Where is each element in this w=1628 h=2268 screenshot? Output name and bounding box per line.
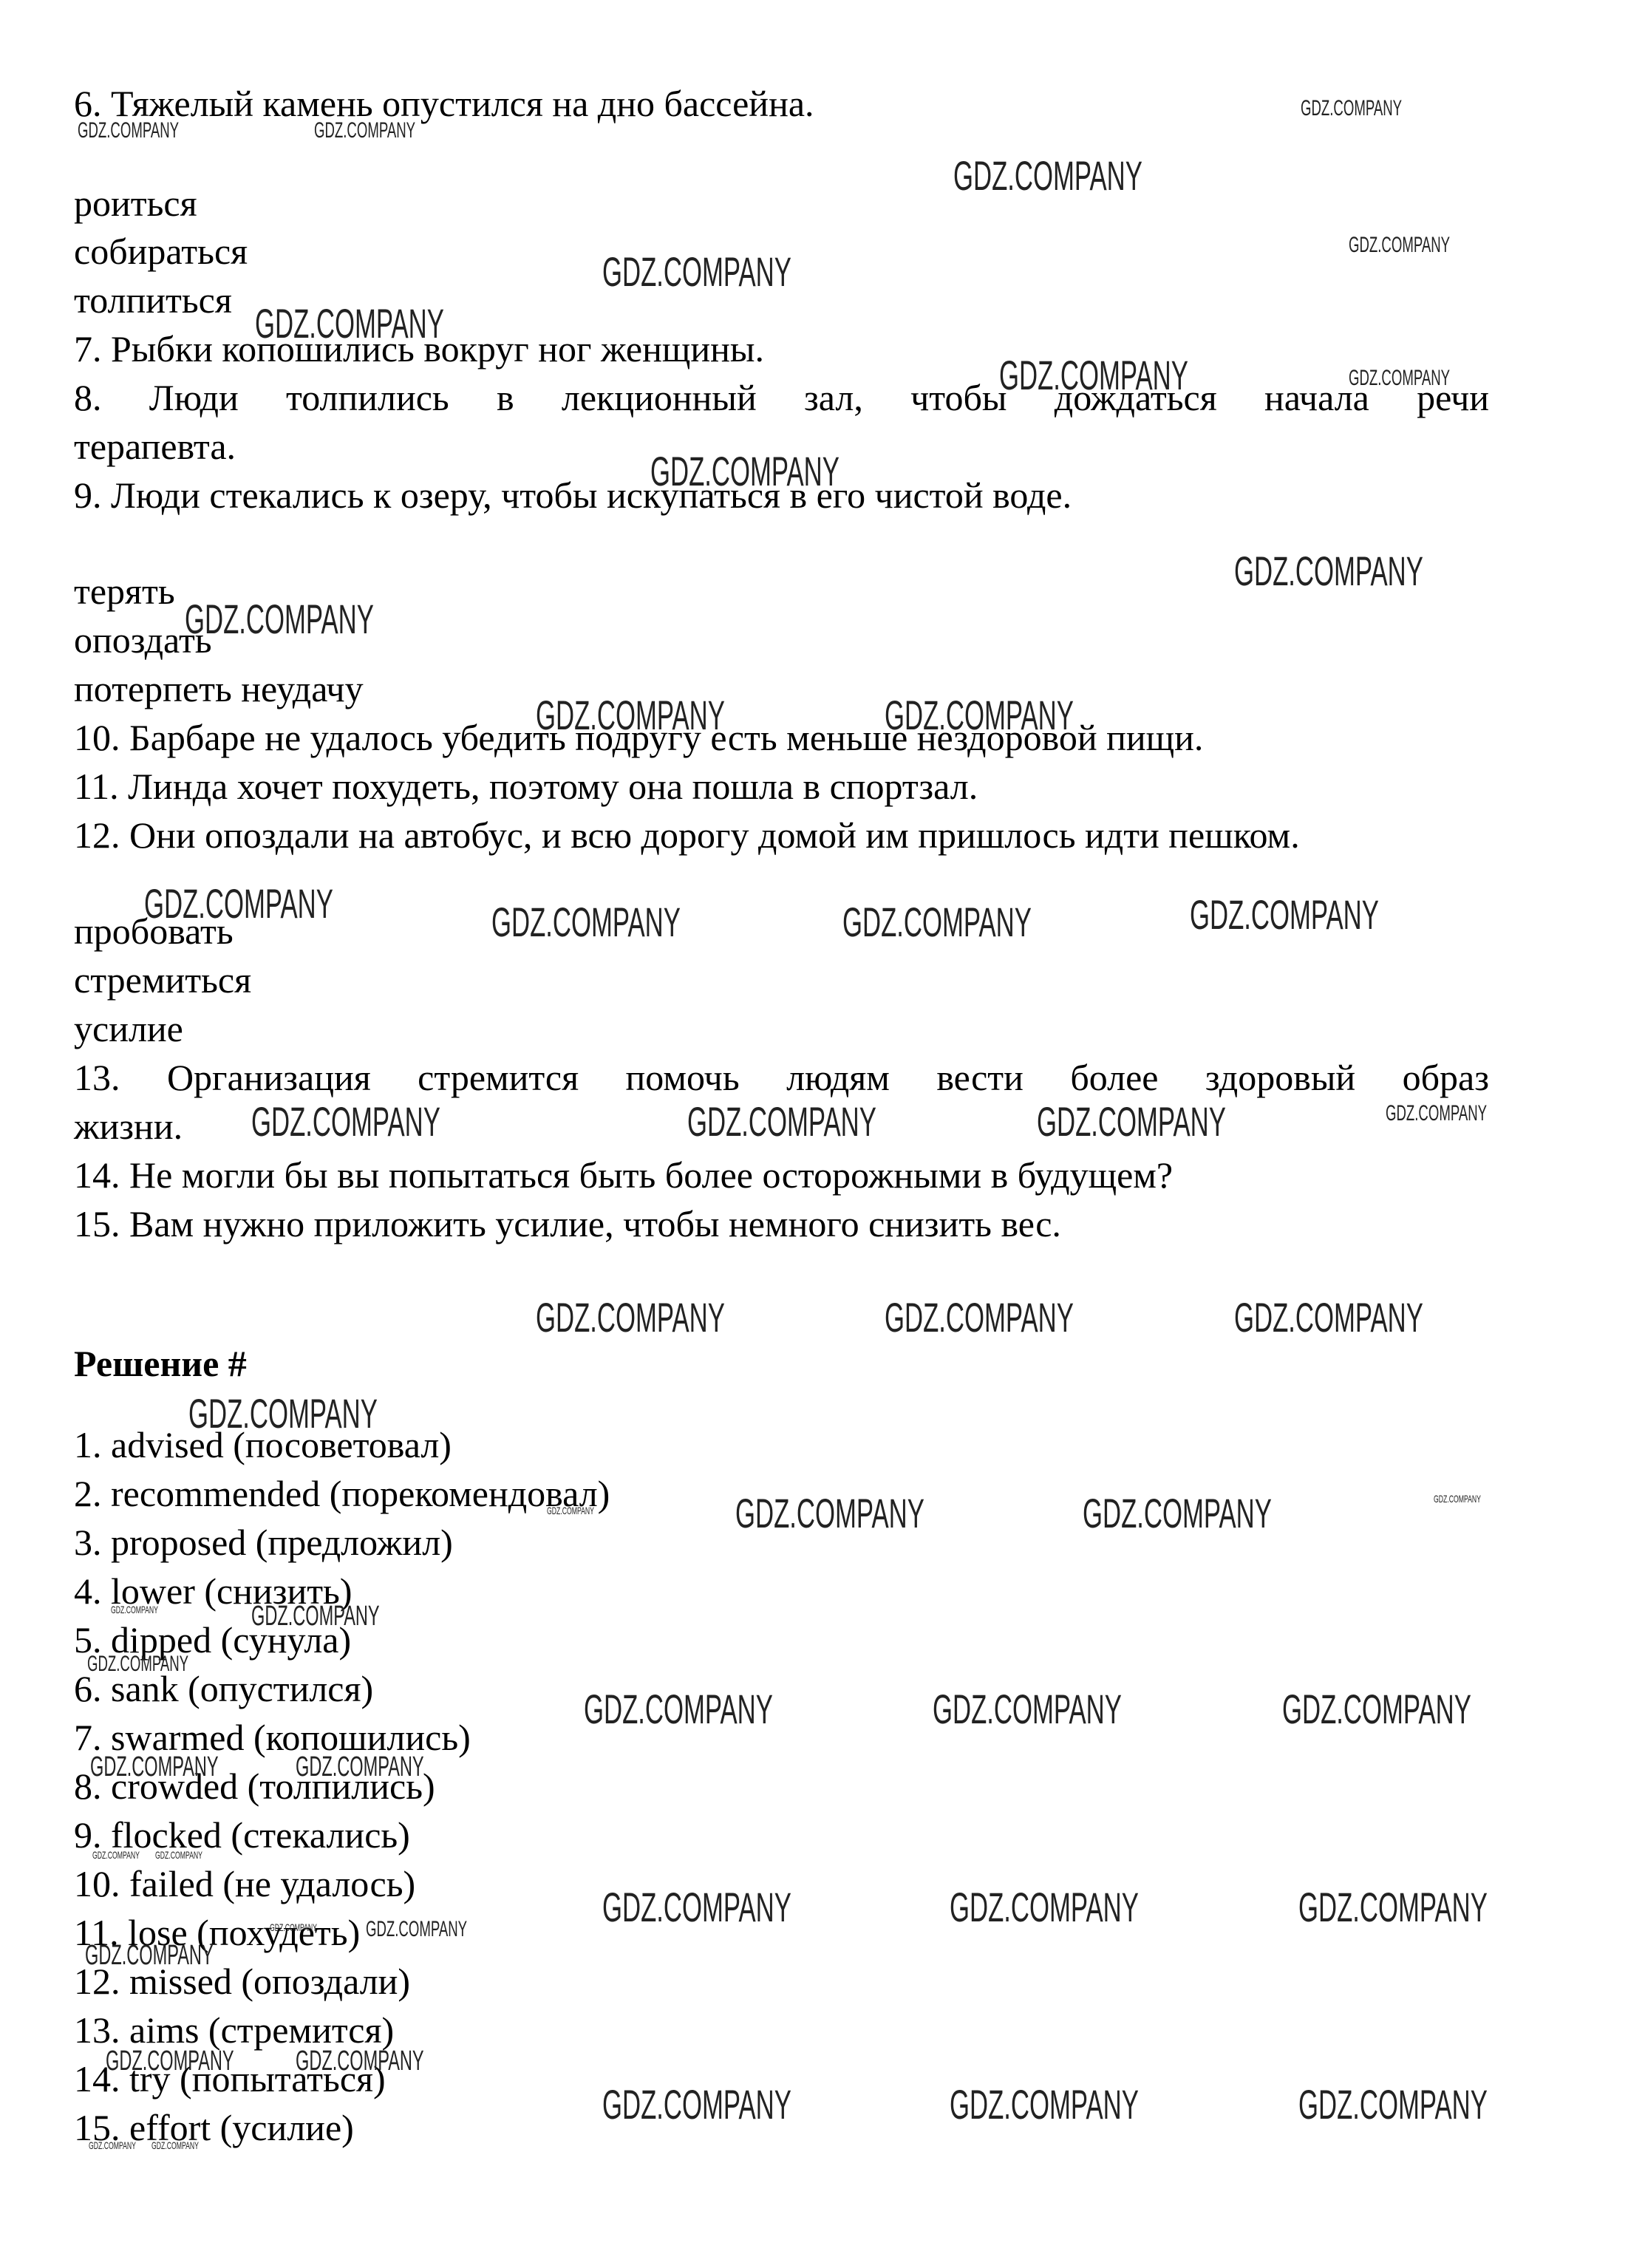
watermark: GDZ.COMPANY (1282, 1685, 1471, 1733)
watermark: GDZ.COMPANY (1298, 2080, 1488, 2128)
word-stremitsya: стремиться (74, 958, 251, 1002)
watermark: GDZ.COMPANY (650, 447, 839, 495)
watermark: GDZ.COMPANY (547, 1505, 594, 1516)
watermark: GDZ.COMPANY (85, 1940, 214, 1972)
watermark: GDZ.COMPANY (1083, 1489, 1272, 1537)
watermark: GDZ.COMPANY (78, 118, 179, 143)
sentence-13-line-2: жизни. (74, 1104, 183, 1148)
watermark: GDZ.COMPANY (536, 691, 725, 739)
watermark: GDZ.COMPANY (953, 151, 1142, 200)
sentence-13-line-1: 13. Организация стремится помочь людям в… (74, 1055, 1489, 1100)
watermark: GDZ.COMPANY (536, 1293, 725, 1341)
watermark: GDZ.COMPANY (842, 898, 1032, 946)
watermark: GDZ.COMPANY (251, 1097, 440, 1145)
watermark: GDZ.COMPANY (89, 2139, 136, 2151)
watermark: GDZ.COMPANY (296, 1751, 424, 1783)
solution-heading: Решение # (74, 1341, 247, 1386)
word-roitsya: роиться (74, 181, 197, 225)
watermark: GDZ.COMPANY (255, 299, 444, 347)
sentence-6: 6. Тяжелый камень опустился на дно бассе… (74, 81, 814, 126)
watermark: GDZ.COMPANY (1386, 1101, 1487, 1126)
watermark: GDZ.COMPANY (687, 1097, 876, 1145)
watermark: GDZ.COMPANY (270, 1921, 317, 1933)
sentence-12: 12. Они опоздали на автобус, и всю дорог… (74, 813, 1300, 857)
watermark: GDZ.COMPANY (584, 1685, 773, 1733)
watermark: GDZ.COMPANY (185, 595, 374, 643)
watermark: GDZ.COMPANY (90, 1751, 219, 1783)
watermark: GDZ.COMPANY (950, 2080, 1139, 2128)
watermark: GDZ.COMPANY (106, 2046, 234, 2077)
watermark: GDZ.COMPANY (314, 118, 415, 143)
watermark: GDZ.COMPANY (1349, 366, 1450, 391)
word-tolpitsya: толпиться (74, 278, 232, 322)
watermark: GDZ.COMPANY (1301, 96, 1402, 121)
sentence-11: 11. Линда хочет похудеть, поэтому она по… (74, 764, 978, 808)
watermark: GDZ.COMPANY (933, 1685, 1122, 1733)
answer-3: 3. proposed (предложил) (74, 1520, 453, 1564)
watermark: GDZ.COMPANY (950, 1883, 1139, 1931)
watermark: GDZ.COMPANY (144, 879, 333, 927)
watermark: GDZ.COMPANY (251, 1601, 380, 1632)
sentence-8-line-1: 8. Люди толпились в лекционный зал, чтоб… (74, 375, 1489, 420)
watermark: GDZ.COMPANY (1037, 1097, 1226, 1145)
word-teryat: терять (74, 569, 175, 613)
watermark: GDZ.COMPANY (366, 1917, 467, 1942)
sentence-9: 9. Люди стекались к озеру, чтобы искупат… (74, 473, 1072, 517)
watermark: GDZ.COMPANY (602, 248, 791, 296)
watermark: GDZ.COMPANY (1298, 1883, 1488, 1931)
watermark: GDZ.COMPANY (87, 1652, 188, 1677)
watermark: GDZ.COMPANY (1234, 547, 1423, 595)
watermark: GDZ.COMPANY (1434, 1493, 1481, 1505)
sentence-8-line-2: терапевта. (74, 424, 236, 469)
word-sobiratsya: собираться (74, 229, 248, 273)
watermark: GDZ.COMPANY (1349, 233, 1450, 258)
sentence-14: 14. Не могли бы вы попытаться быть более… (74, 1153, 1173, 1197)
watermark: GDZ.COMPANY (155, 1849, 202, 1861)
watermark: GDZ.COMPANY (602, 2080, 791, 2128)
watermark: GDZ.COMPANY (885, 691, 1074, 739)
watermark: GDZ.COMPANY (92, 1849, 140, 1861)
watermark: GDZ.COMPANY (999, 351, 1188, 399)
watermark: GDZ.COMPANY (1190, 890, 1379, 939)
watermark: GDZ.COMPANY (885, 1293, 1074, 1341)
watermark: GDZ.COMPANY (151, 2139, 199, 2151)
word-usilie: усилие (74, 1007, 183, 1051)
answer-10: 10. failed (не удалось) (74, 1862, 415, 1906)
watermark: GDZ.COMPANY (188, 1389, 378, 1437)
watermark: GDZ.COMPANY (111, 1604, 158, 1615)
watermark: GDZ.COMPANY (1234, 1293, 1423, 1341)
sentence-15: 15. Вам нужно приложить усилие, чтобы не… (74, 1202, 1061, 1246)
word-poterpet-neudachu: потерпеть неудачу (74, 667, 364, 711)
watermark: GDZ.COMPANY (296, 2046, 424, 2077)
watermark: GDZ.COMPANY (602, 1883, 791, 1931)
watermark: GDZ.COMPANY (491, 898, 681, 946)
answer-2: 2. recommended (порекомендовал) (74, 1471, 610, 1516)
watermark: GDZ.COMPANY (735, 1489, 924, 1537)
